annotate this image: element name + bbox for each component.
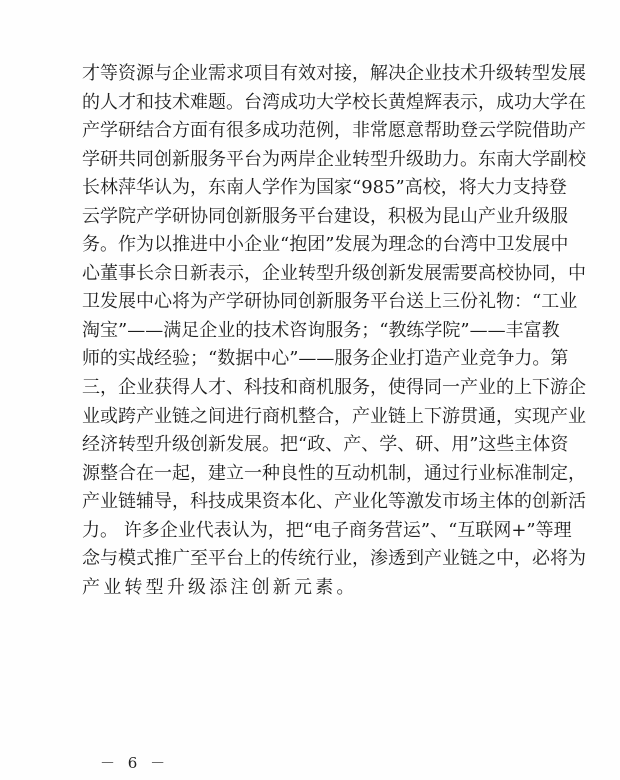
text-line: 务。作为以推进中小企业“抱团”发展为理念的台湾中卫发展中	[82, 231, 548, 260]
text-line: 淘宝”——满足企业的技术咨询服务；“教练学院”——丰富教	[82, 317, 548, 346]
text-line: 经济转型升级创新发展。把“政、产、学、研、用”这些主体资	[82, 431, 548, 460]
text-line: 师的实战经验；“数据中心”——服务企业打造产业竞争力。第	[82, 345, 548, 374]
body-paragraph: 才等资源与企业需求项目有效对接，解决企业技术升级转型发展 的人才和技术难题。台湾…	[82, 60, 548, 602]
text-line: 产业链辅导，科技成果资本化、产业化等激发市场主体的创新活	[82, 488, 548, 517]
text-line: 的人才和技术难题。台湾成功大学校长黄煌辉表示，成功大学在	[82, 89, 548, 118]
document-page: 才等资源与企业需求项目有效对接，解决企业技术升级转型发展 的人才和技术难题。台湾…	[0, 0, 620, 780]
text-line: 业或跨产业链之间进行商机整合，产业链上下游贯通，实现产业	[82, 403, 548, 432]
text-line: 心董事长佘日新表示，企业转型升级创新发展需要高校协同，中	[82, 260, 548, 289]
text-line: 源整合在一起，建立一种良性的互动机制，通过行业标准制定，	[82, 460, 548, 489]
text-line: 三，企业获得人才、科技和商机服务，使得同一产业的上下游企	[82, 374, 548, 403]
text-line: 产学研结合方面有很多成功范例，非常愿意帮助登云学院借助产	[82, 117, 548, 146]
text-line: 学研共同创新服务平台为两岸企业转型升级助力。东南大学副校	[82, 146, 548, 175]
text-line: 云学院产学研协同创新服务平台建设，积极为昆山产业升级服	[82, 203, 548, 232]
text-line: 力。 许多企业代表认为，把“电子商务营运”、“互联网+”等理	[82, 517, 548, 546]
page-number: － 6 －	[100, 752, 169, 773]
text-line: 念与模式推广至平台上的传统行业，渗透到产业链之中，必将为	[82, 545, 548, 574]
text-line: 产业转型升级添注创新元素。	[82, 574, 548, 603]
text-line: 卫发展中心将为产学研协同创新服务平台送上三份礼物：“工业	[82, 288, 548, 317]
text-line: 长林萍华认为，东南人学作为国家“985”高校，将大力支持登	[82, 174, 548, 203]
text-line: 才等资源与企业需求项目有效对接，解决企业技术升级转型发展	[82, 60, 548, 89]
